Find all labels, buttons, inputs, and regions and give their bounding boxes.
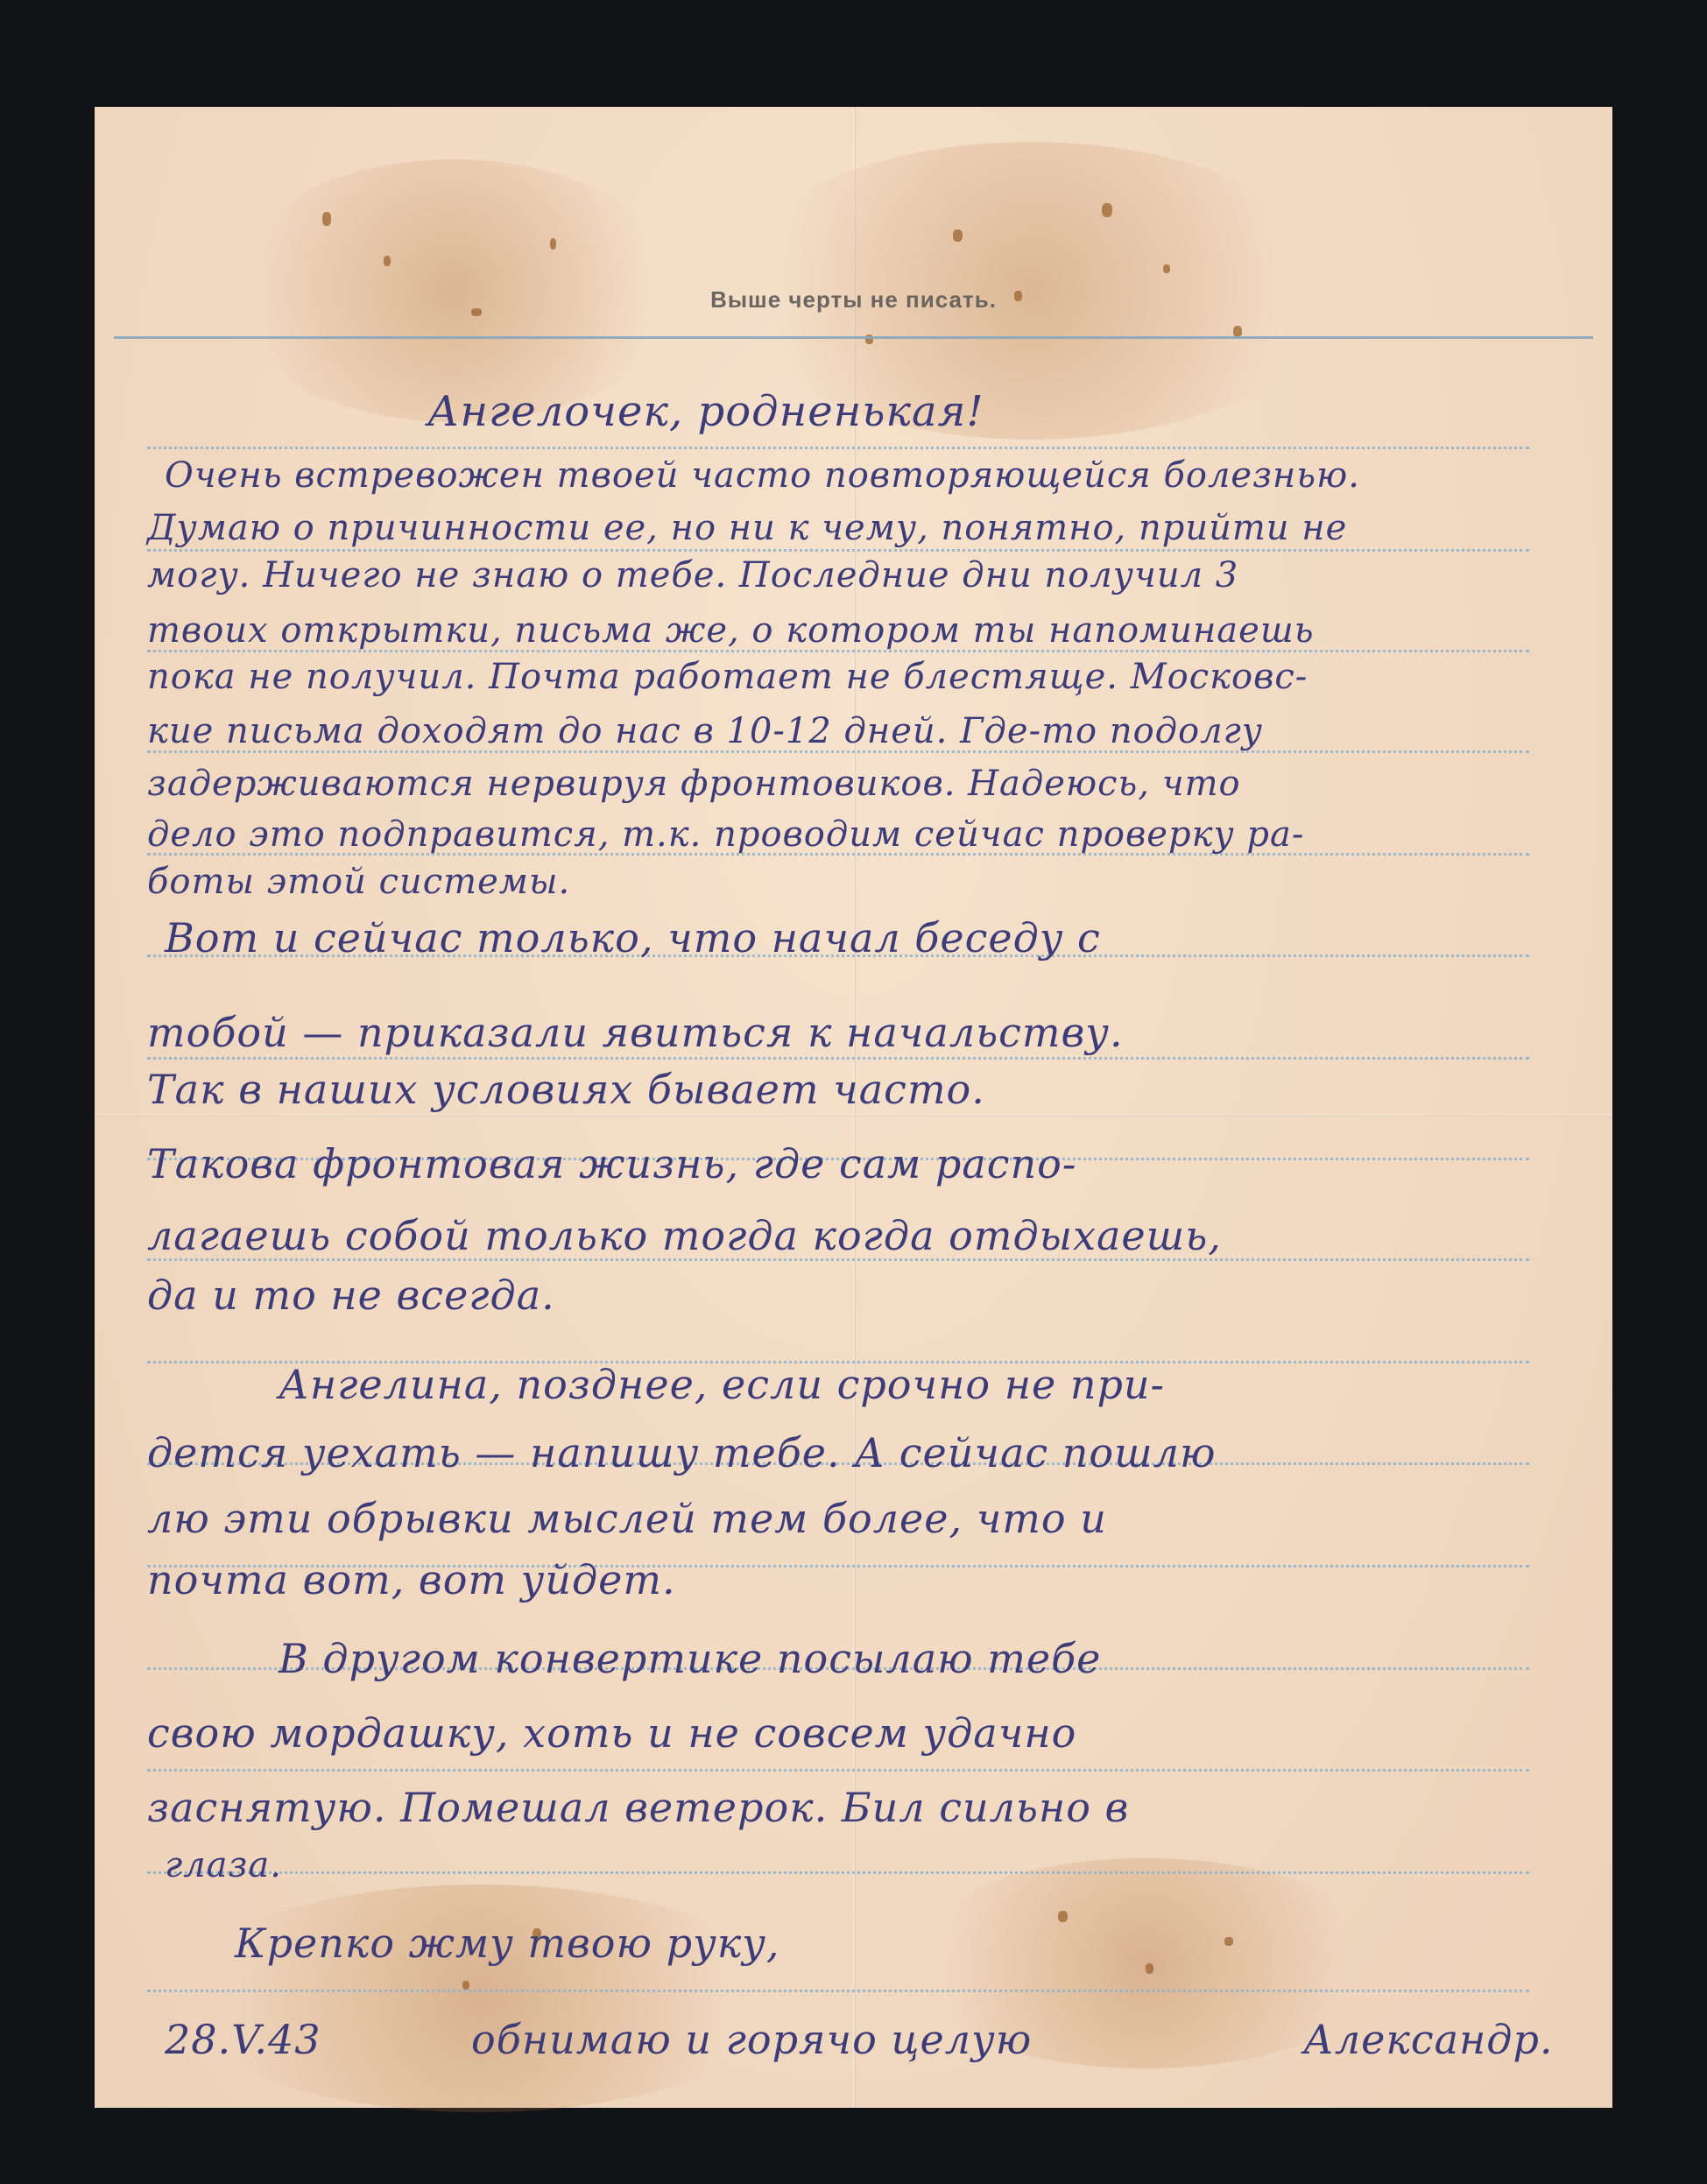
body-line: В другом конвертике посылаю тебе bbox=[147, 1635, 1577, 1682]
body-line: дется уехать — напишу тебе. А сейчас пош… bbox=[147, 1429, 1577, 1476]
stain-speck bbox=[1102, 203, 1112, 217]
letter-date: 28.V.43 bbox=[165, 2016, 321, 2063]
body-line: задерживаются нервируя фронтовиков. Наде… bbox=[147, 764, 1577, 804]
body-line: лю эти обрывки мыслей тем более, что и bbox=[147, 1495, 1577, 1542]
letter-paper: Выше черты не писать. Ангелочек, роднень… bbox=[95, 107, 1612, 2108]
stain-speck bbox=[550, 238, 556, 250]
header-rule bbox=[114, 336, 1593, 339]
stain-speck bbox=[384, 256, 391, 266]
signature: Александр. bbox=[1303, 2016, 1554, 2063]
body-line: дело это подправится, т.к. проводим сейч… bbox=[147, 814, 1577, 855]
ruled-line bbox=[147, 1769, 1529, 1772]
body-line: могу. Ничего не знаю о тебе. Последние д… bbox=[147, 555, 1577, 595]
body-line: тобой — приказали явиться к начальству. bbox=[147, 1009, 1577, 1056]
body-line: кие письма доходят до нас в 10-12 дней. … bbox=[147, 711, 1577, 751]
body-line: почта вот, вот уйдет. bbox=[147, 1556, 1577, 1603]
body-line: Так в наших условиях бывает часто. bbox=[147, 1066, 1577, 1113]
body-line: свою мордашку, хоть и не совсем удачно bbox=[147, 1709, 1577, 1757]
closing-line: Крепко жму твою руку, bbox=[235, 1920, 1577, 1967]
horizontal-fold bbox=[95, 1114, 1612, 1117]
sign-off: обнимаю и горячо целую bbox=[471, 2016, 1032, 2063]
body-line: лагаешь собой только тогда когда отдыхае… bbox=[147, 1212, 1577, 1259]
ruled-line bbox=[147, 1990, 1529, 1992]
ruled-line bbox=[147, 447, 1529, 449]
stain-speck bbox=[462, 1981, 469, 1990]
stain-speck bbox=[322, 212, 331, 226]
body-line: твоих открытки, письма же, о котором ты … bbox=[147, 610, 1577, 651]
body-line: Думаю о причинности ее, но ни к чему, по… bbox=[147, 508, 1577, 548]
body-line: Такова фронтовая жизнь, где сам распо- bbox=[147, 1140, 1577, 1187]
stain-speck bbox=[1163, 264, 1170, 273]
body-line: Вот и сейчас только, что начал беседу с bbox=[165, 914, 1577, 962]
ruled-line bbox=[147, 1057, 1529, 1060]
printed-header-note: Выше черты не писать. bbox=[95, 286, 1612, 314]
body-line: Ангелина, позднее, если срочно не при- bbox=[147, 1361, 1577, 1408]
ruled-line bbox=[147, 549, 1529, 552]
body-line: пока не получил. Почта работает не блест… bbox=[147, 657, 1577, 697]
body-line: боты этой системы. bbox=[147, 862, 1577, 902]
body-line: Очень встревожен твоей часто повторяющей… bbox=[165, 455, 1577, 496]
body-line: заснятую. Помешал ветерок. Бил сильно в bbox=[147, 1784, 1577, 1831]
greeting: Ангелочек, родненькая! bbox=[427, 387, 1577, 436]
stain-speck bbox=[953, 229, 963, 242]
body-line: глаза. bbox=[165, 1845, 1577, 1885]
body-line: да и то не всегда. bbox=[147, 1272, 1577, 1319]
stain bbox=[173, 1885, 786, 2112]
